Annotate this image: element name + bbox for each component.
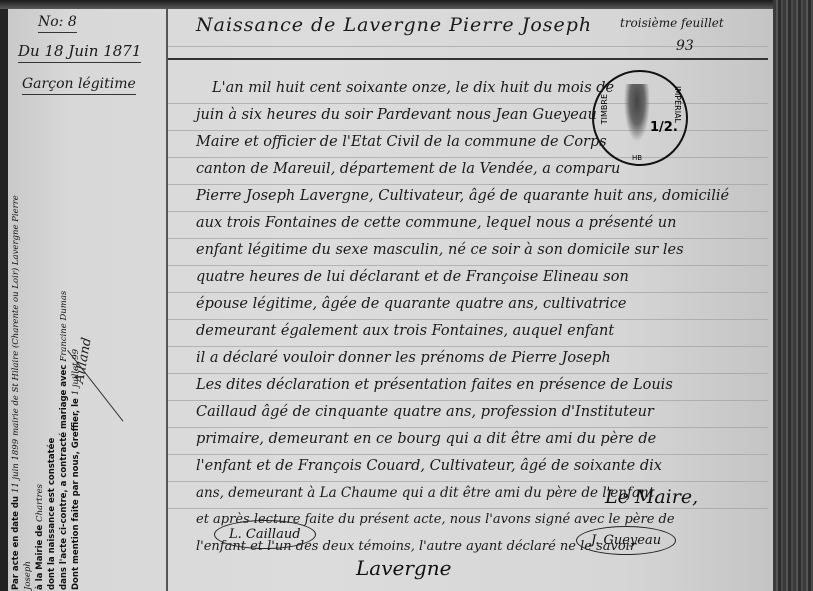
ruled-line [168, 427, 768, 428]
annotation-printed-4: dont la naissance est constatée [47, 438, 57, 590]
body-line: il a déclaré vouloir donner les prénoms … [196, 350, 611, 366]
entry-date: Du 18 Juin 1871 [18, 42, 141, 63]
annotation-printed-3: à la Mairie de [35, 525, 45, 590]
body-line: L'an mil huit cent soixante onze, le dix… [212, 80, 614, 96]
mayor-label: Le Maire, [605, 486, 698, 508]
child-type: Garçon légitime [22, 76, 136, 95]
stamp-text-left: TIMBRE [600, 94, 609, 124]
father-signature: Lavergne [356, 556, 451, 580]
title-rule [168, 58, 768, 60]
body-line: juin à six heures du soir Pardevant nous… [196, 107, 597, 123]
folio-number: 93 [676, 38, 694, 54]
annotation-printed-6: Dont mention faite par nous, Greffier, l… [71, 398, 81, 590]
body-line: Maire et officier de l'Etat Civil de la … [196, 134, 607, 150]
body-line: Pierre Joseph Lavergne, Cultivateur, âgé… [196, 188, 729, 204]
body-line: demeurant également aux trois Fontaines,… [196, 323, 614, 339]
body-line: ans, demeurant à La Chaume qui a dit êtr… [196, 485, 654, 501]
seated-figure-icon [624, 84, 650, 142]
body-line: quatre heures de lui déclarant et de Fra… [196, 269, 629, 285]
record-title: Naissance de Lavergne Pierre Joseph [196, 14, 592, 36]
book-binding [773, 0, 813, 591]
ruled-line [168, 373, 768, 374]
stamp-text-right: IMPÉRIAL [673, 86, 682, 123]
body-line: aux trois Fontaines de cette commune, le… [196, 215, 676, 231]
entry-number: No: 8 [38, 14, 77, 33]
mayor-signature: J. Gueyeau [576, 526, 676, 555]
annotation-printed-1: Par acte en date du [11, 496, 21, 590]
scan-top-edge [0, 0, 813, 9]
body-line: Les dites déclaration et présentation fa… [196, 377, 673, 393]
annotation-hand-3: Chartres [35, 484, 45, 522]
margin-rule [166, 6, 168, 591]
ruled-line [168, 481, 768, 482]
ruled-line [168, 346, 768, 347]
ruled-line [168, 238, 768, 239]
body-line: épouse légitime, âgée de quarante quatre… [196, 296, 626, 312]
stamp-mark: HB [632, 154, 642, 162]
feuillet-label: troisième feuillet [620, 16, 724, 30]
ruled-line [168, 265, 768, 266]
ruled-line [168, 292, 768, 293]
body-line: canton de Mareuil, département de la Ven… [196, 161, 620, 177]
ruled-line [168, 211, 768, 212]
ruled-line [168, 454, 768, 455]
ruled-line [168, 400, 768, 401]
body-line: l'enfant et de François Couard, Cultivat… [196, 458, 662, 474]
ruled-line [168, 319, 768, 320]
body-line: enfant légitime du sexe masculin, né ce … [196, 242, 684, 258]
body-line: primaire, demeurant en ce bourg qui a di… [196, 431, 656, 447]
stamp-value: 1/2. [650, 120, 678, 135]
body-line: Caillaud âgé de cinquante quatre ans, pr… [196, 404, 654, 420]
ruled-line [168, 184, 768, 185]
witness-signature: L. Caillaud [214, 520, 316, 549]
annotation-hand-1: 11 juin 1899 [11, 439, 21, 493]
ruled-line [168, 508, 768, 509]
annotation-printed-5: dans l'acte ci-contre, a contracté maria… [59, 365, 69, 590]
